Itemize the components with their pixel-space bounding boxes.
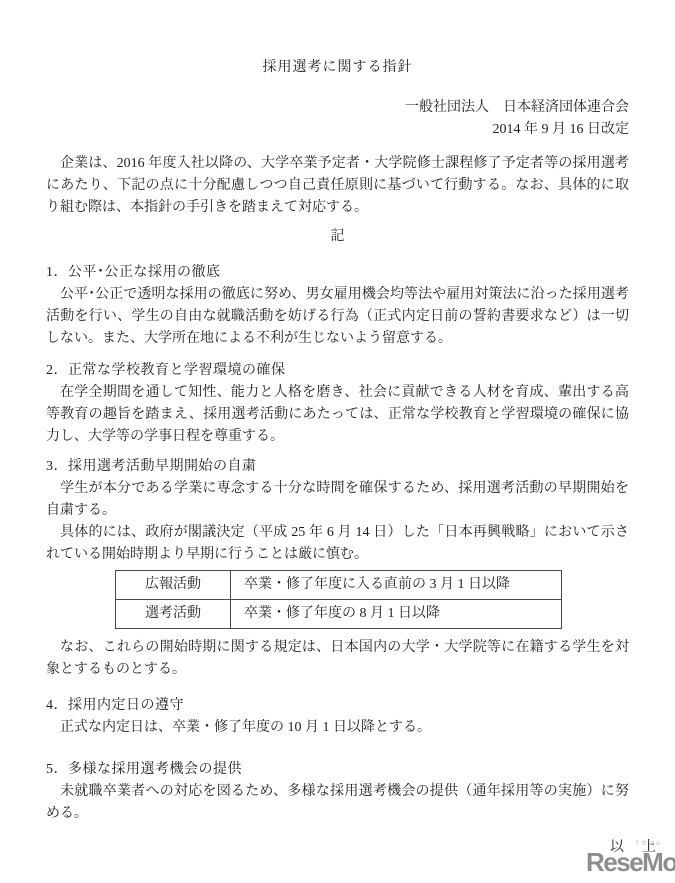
section-2-paragraph: 在学全期間を通して知性、能力と人格を磨き、社会に貢献できる人材を育成、輩出する高… — [46, 382, 629, 448]
section-3-paragraph-2: 具体的には、政府が閣議決定（平成 25 年 6 月 14 日）した「日本再興戦略… — [46, 522, 629, 566]
intro-paragraph: 企業は、2016 年度入社以降の、大学卒業予定者・大学院修士課程修了予定者等の採… — [46, 153, 629, 219]
section-1: 1．公平･公正な採用の徹底 公平･公正で透明な採用の徹底に努め、男女雇用機会均等… — [46, 262, 629, 350]
section-3-paragraph-1: 学生が本分である学業に専念する十分な時間を確保するため、採用選考活動の早期開始を… — [46, 478, 629, 522]
resemom-watermark-logo: リセマム ReseMom. — [586, 843, 672, 879]
section-4-paragraph: 正式な内定日は、卒業・修了年度の 10 月 1 日以降とする。 — [46, 717, 629, 739]
closing-statement: 以 上 — [46, 837, 658, 859]
section-5-paragraph: 未就職卒業者への対応を図るため、多様な採用選考機会の提供（通年採用等の実施）に努… — [46, 781, 629, 825]
section-1-heading: 1．公平･公正な採用の徹底 — [46, 262, 629, 284]
organization-name: 一般社団法人 日本経済団体連合会 — [46, 97, 629, 119]
revision-date: 2014 年 9 月 16 日改定 — [46, 119, 629, 141]
section-3-note: なお、これらの開始時期に関する規定は、日本国内の大学・大学院等に在籍する学生を対… — [46, 637, 629, 681]
table-row-selection-activity: 選考活動 卒業・修了年度の 8 月 1 日以降 — [116, 600, 562, 629]
document-page: 採用選考に関する指針 一般社団法人 日本経済団体連合会 2014 年 9 月 1… — [0, 0, 675, 859]
table-cell-activity-label: 選考活動 — [116, 600, 231, 629]
section-5-heading: 5．多様な採用選考機会の提供 — [46, 759, 629, 781]
section-2-heading: 2．正常な学校教育と学習環境の確保 — [46, 360, 629, 382]
table-row-pr-activity: 広報活動 卒業・修了年度に入る直前の 3 月 1 日以降 — [116, 571, 562, 600]
section-5: 5．多様な採用選考機会の提供 未就職卒業者への対応を図るため、多様な採用選考機会… — [46, 759, 629, 825]
section-4-heading: 4．採用内定日の遵守 — [46, 695, 629, 717]
section-3: 3．採用選考活動早期開始の自粛 学生が本分である学業に専念する十分な時間を確保す… — [46, 456, 629, 681]
section-3-heading: 3．採用選考活動早期開始の自粛 — [46, 456, 629, 478]
section-4: 4．採用内定日の遵守 正式な内定日は、卒業・修了年度の 10 月 1 日以降とす… — [46, 695, 629, 739]
table-cell-activity-label: 広報活動 — [116, 571, 231, 600]
resemom-logo-text: ReseMom. — [586, 847, 675, 877]
section-1-paragraph: 公平･公正で透明な採用の徹底に努め、男女雇用機会均等法や雇用対策法に沿った採用選… — [46, 284, 629, 350]
document-scan: { "doc": { "title": "採用選考に関する指針", "organ… — [0, 0, 675, 883]
table-cell-activity-timing: 卒業・修了年度の 8 月 1 日以降 — [231, 600, 562, 629]
schedule-table: 広報活動 卒業・修了年度に入る直前の 3 月 1 日以降 選考活動 卒業・修了年… — [115, 570, 562, 629]
table-cell-activity-timing: 卒業・修了年度に入る直前の 3 月 1 日以降 — [231, 571, 562, 600]
page-title: 採用選考に関する指針 — [46, 57, 629, 79]
record-marker: 記 — [46, 226, 629, 248]
section-2: 2．正常な学校教育と学習環境の確保 在学全期間を通して知性、能力と人格を磨き、社… — [46, 360, 629, 448]
